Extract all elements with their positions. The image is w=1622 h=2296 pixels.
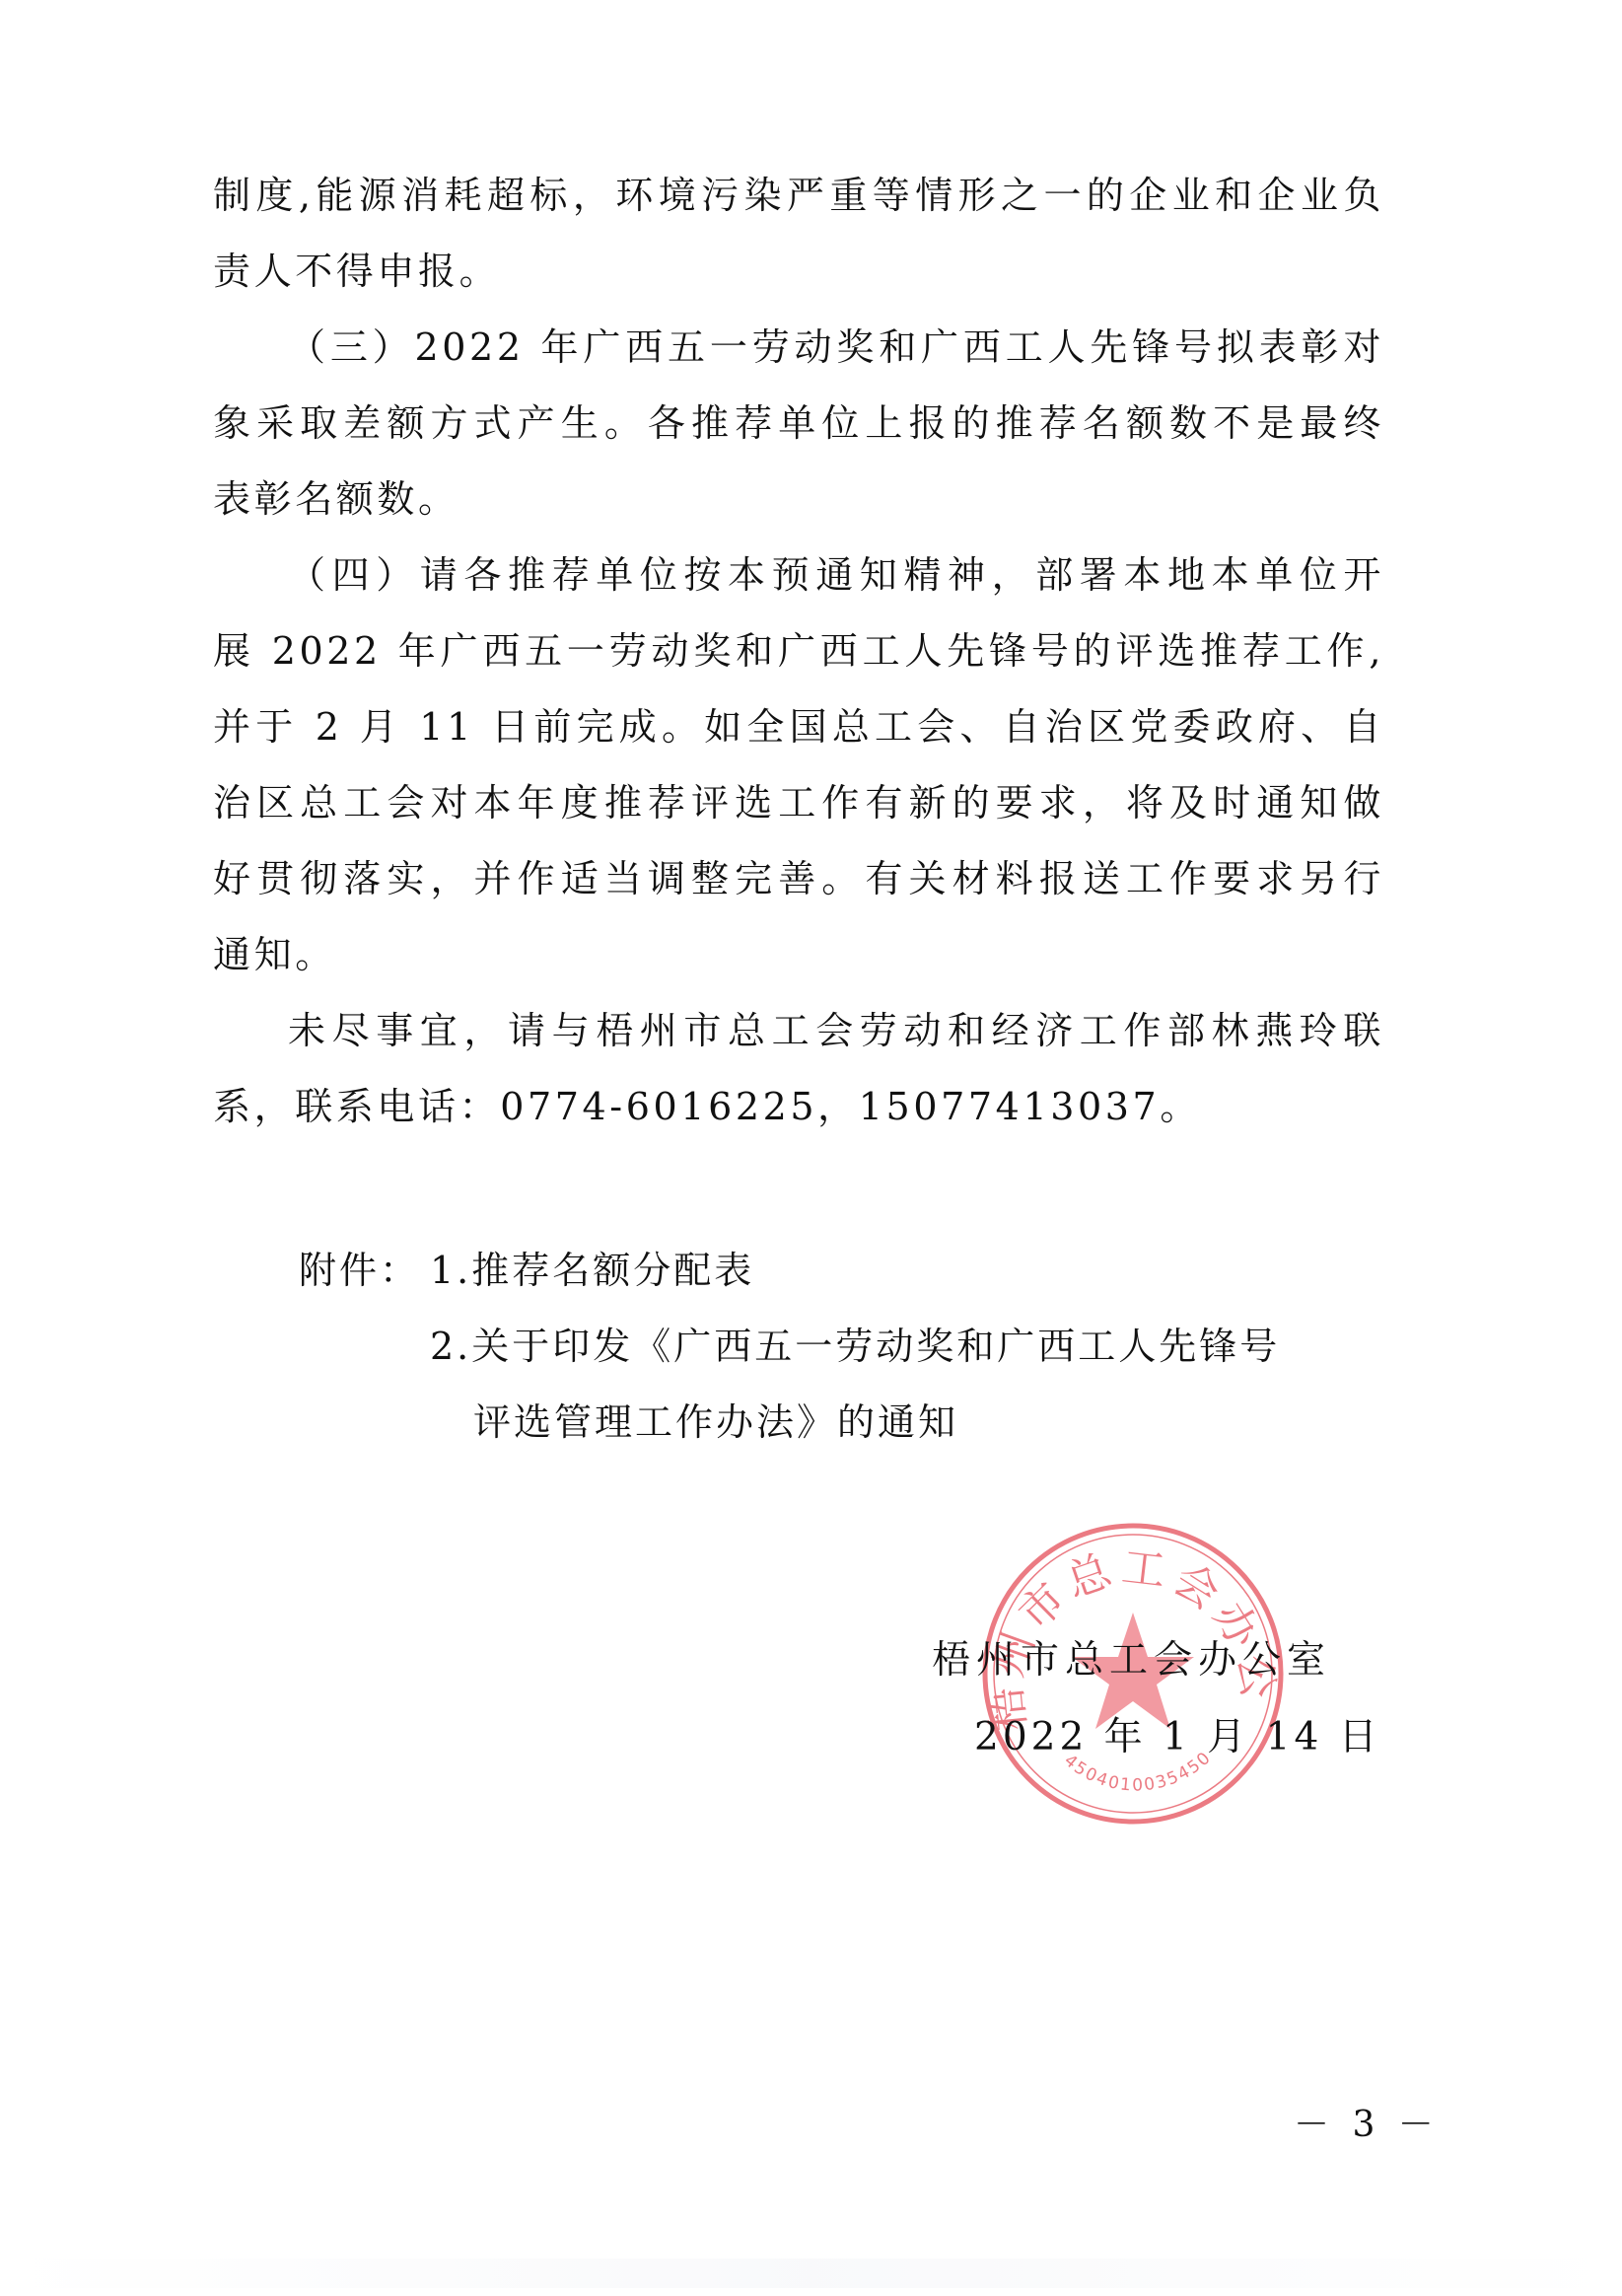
text-line: 象采取差额方式产生。各推荐单位上报的推荐名额数不是最终	[213, 401, 1384, 445]
text-line: 责人不得申报。	[213, 250, 1384, 293]
signature-date: 2022 年 1 月 14 日	[974, 1716, 1381, 1759]
text-line: 表彰名额数。	[213, 477, 1384, 521]
text-line: 通知。	[213, 933, 1384, 976]
attachment-item: 2.关于印发《广西五一劳动奖和广西工人先锋号	[430, 1325, 1280, 1368]
text-line: 系，联系电话：0774-6016225，15077413037。	[213, 1085, 1384, 1128]
text-line: （四）请各推荐单位按本预通知精神，部署本地本单位开	[288, 553, 1384, 597]
text-line: 展 2022 年广西五一劳动奖和广西工人先锋号的评选推荐工作,	[213, 629, 1384, 673]
document-page: 制度,能源消耗超标，环境污染严重等情形之一的企业和企业负 责人不得申报。 （三）…	[0, 0, 1622, 2296]
signature-organization: 梧州市总工会办公室	[932, 1639, 1331, 1683]
text-line: 制度,能源消耗超标，环境污染严重等情形之一的企业和企业负	[213, 174, 1384, 217]
text-line: 治区总工会对本年度推荐评选工作有新的要求，将及时通知做	[213, 781, 1384, 825]
text-line: 未尽事宜，请与梧州市总工会劳动和经济工作部林燕玲联	[288, 1009, 1384, 1052]
text-line: 并于 2 月 11 日前完成。如全国总工会、自治区党委政府、自	[213, 705, 1384, 749]
attachment-item-continuation: 评选管理工作办法》的通知	[473, 1400, 958, 1444]
attachment-item: 1.推荐名额分配表	[430, 1249, 754, 1292]
text-line: （三）2022 年广西五一劳动奖和广西工人先锋号拟表彰对	[288, 325, 1384, 369]
page-number: － 3 －	[1294, 2104, 1440, 2147]
text-line: 好贯彻落实，并作适当调整完善。有关材料报送工作要求另行	[213, 857, 1384, 900]
attachments-label: 附件：	[299, 1249, 420, 1292]
scan-bleed-through	[0, 2259, 1622, 2288]
